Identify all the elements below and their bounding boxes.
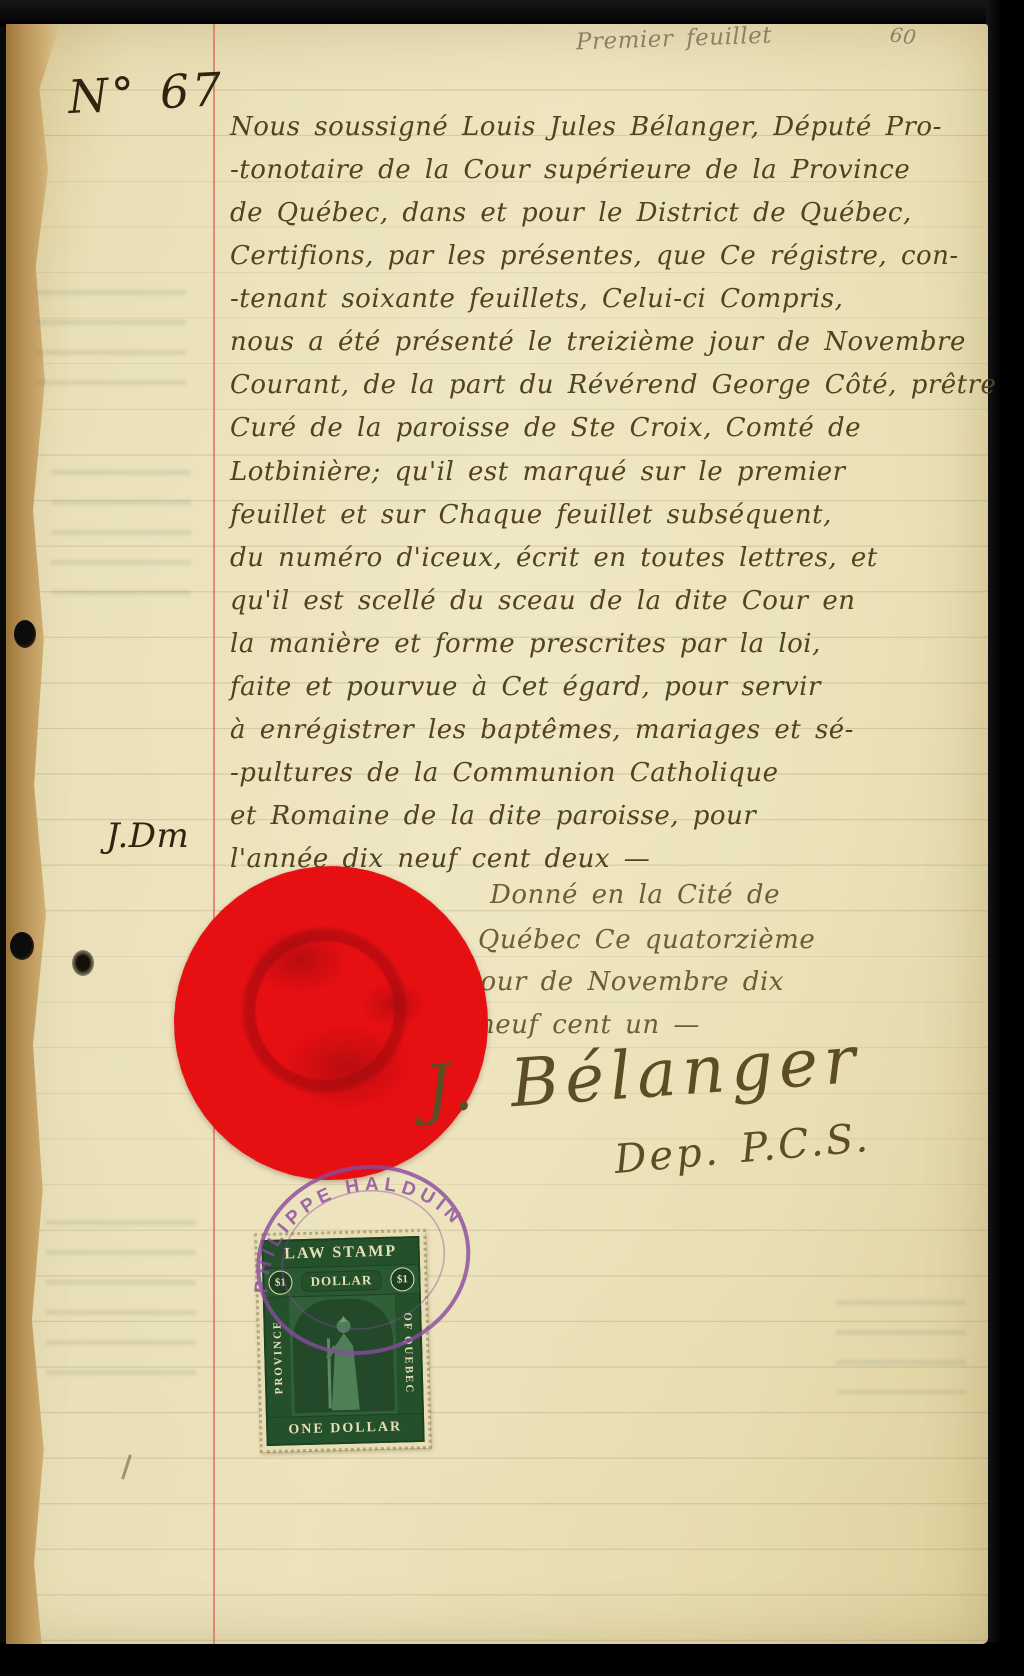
body-line: à enrégistrer les baptêmes, mariages et … bbox=[230, 715, 854, 745]
ink-bleedthrough bbox=[46, 1204, 196, 1394]
dateline: Québec Ce quatorzième bbox=[478, 925, 815, 955]
law-stamp-denomination: ONE DOLLAR bbox=[268, 1413, 423, 1444]
body-line: Courant, de la part du Révérend George C… bbox=[230, 370, 996, 400]
body-line: la manière et forme prescrites par la lo… bbox=[230, 629, 821, 659]
ink-bleedthrough bbox=[836, 1284, 966, 1394]
body-line: de Québec, dans et pour le District de Q… bbox=[230, 198, 912, 228]
entry-number: N° 67 bbox=[67, 62, 226, 124]
body-line: faite et pourvue à Cet égard, pour servi… bbox=[230, 672, 821, 702]
margin-initials: J.Dm bbox=[106, 816, 189, 856]
photo-black-edge-right bbox=[986, 0, 1024, 1676]
register-page: Premier feuillet 60 N° 67 Nous soussigné… bbox=[6, 24, 988, 1644]
dateline: Donné en la Cité de bbox=[490, 880, 780, 910]
ink-blot bbox=[72, 950, 94, 976]
punch-hole bbox=[14, 620, 36, 648]
body-line: qu'il est scellé du sceau de la dite Cou… bbox=[230, 586, 855, 616]
dateline: jour de Novembre dix bbox=[472, 967, 784, 997]
pencil-annotation-60: 60 bbox=[888, 22, 918, 49]
body-line: -tenant soixante feuillets, Celui-ci Com… bbox=[230, 284, 843, 314]
photo-black-edge-top bbox=[0, 0, 1024, 26]
body-line: nous a été présenté le treizième jour de… bbox=[230, 327, 966, 357]
body-line: Nous soussigné Louis Jules Bélanger, Dép… bbox=[230, 112, 942, 142]
document-photo: Premier feuillet 60 N° 67 Nous soussigné… bbox=[0, 0, 1024, 1676]
body-line: -tonotaire de la Cour supérieure de la P… bbox=[230, 155, 910, 185]
body-line: Certifions, par les présentes, que Ce ré… bbox=[230, 241, 959, 271]
body-line: et Romaine de la dite paroisse, pour bbox=[230, 801, 756, 831]
body-line: Curé de la paroisse de Ste Croix, Comté … bbox=[230, 413, 861, 443]
photo-black-edge-bottom bbox=[0, 1642, 1024, 1676]
body-line: du numéro d'iceux, écrit en toutes lettr… bbox=[230, 543, 878, 573]
punch-hole bbox=[10, 932, 34, 960]
body-line: -pultures de la Communion Catholique bbox=[230, 758, 778, 788]
ink-bleedthrough bbox=[36, 274, 186, 394]
red-margin-line bbox=[213, 24, 215, 1644]
body-line: feuillet et sur Chaque feuillet subséque… bbox=[230, 500, 832, 530]
body-line: Lotbinière; qu'il est marqué sur le prem… bbox=[230, 457, 846, 487]
ink-bleedthrough bbox=[51, 454, 191, 604]
